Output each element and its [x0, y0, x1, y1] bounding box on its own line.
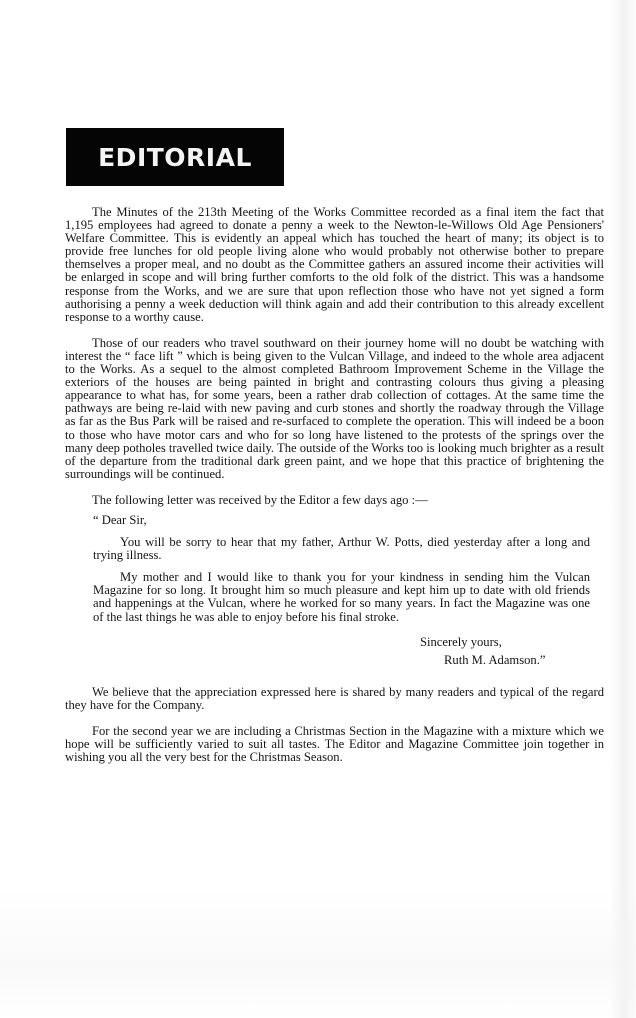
paper-stain [0, 888, 636, 1018]
letter-signature: Ruth M. Adamson.” [420, 651, 590, 669]
paragraph-appreciation: We believe that the appreciation express… [65, 686, 604, 712]
page-title: EDITORIAL [98, 143, 252, 172]
paragraph-letter-intro: The following letter was received by the… [65, 494, 604, 507]
paragraph-works-committee: The Minutes of the 213th Meeting of the … [65, 206, 604, 324]
letter-block: “ Dear Sir, You will be sorry to hear th… [93, 514, 590, 669]
editorial-body: The Minutes of the 213th Meeting of the … [65, 206, 604, 777]
paragraph-village-face-lift: Those of our readers who travel southwar… [65, 337, 604, 481]
paragraph-christmas: For the second year we are including a C… [65, 725, 604, 764]
editorial-title-banner: EDITORIAL [66, 128, 284, 186]
letter-closing: Sincerely yours, [420, 633, 590, 651]
letter-paragraph-2: My mother and I would like to thank you … [93, 571, 590, 623]
page-edge-shadow [610, 0, 636, 1018]
letter-salutation: “ Dear Sir, [93, 514, 590, 527]
letter-signoff: Sincerely yours, Ruth M. Adamson.” [93, 633, 590, 669]
letter-paragraph-1: You will be sorry to hear that my father… [93, 536, 590, 562]
